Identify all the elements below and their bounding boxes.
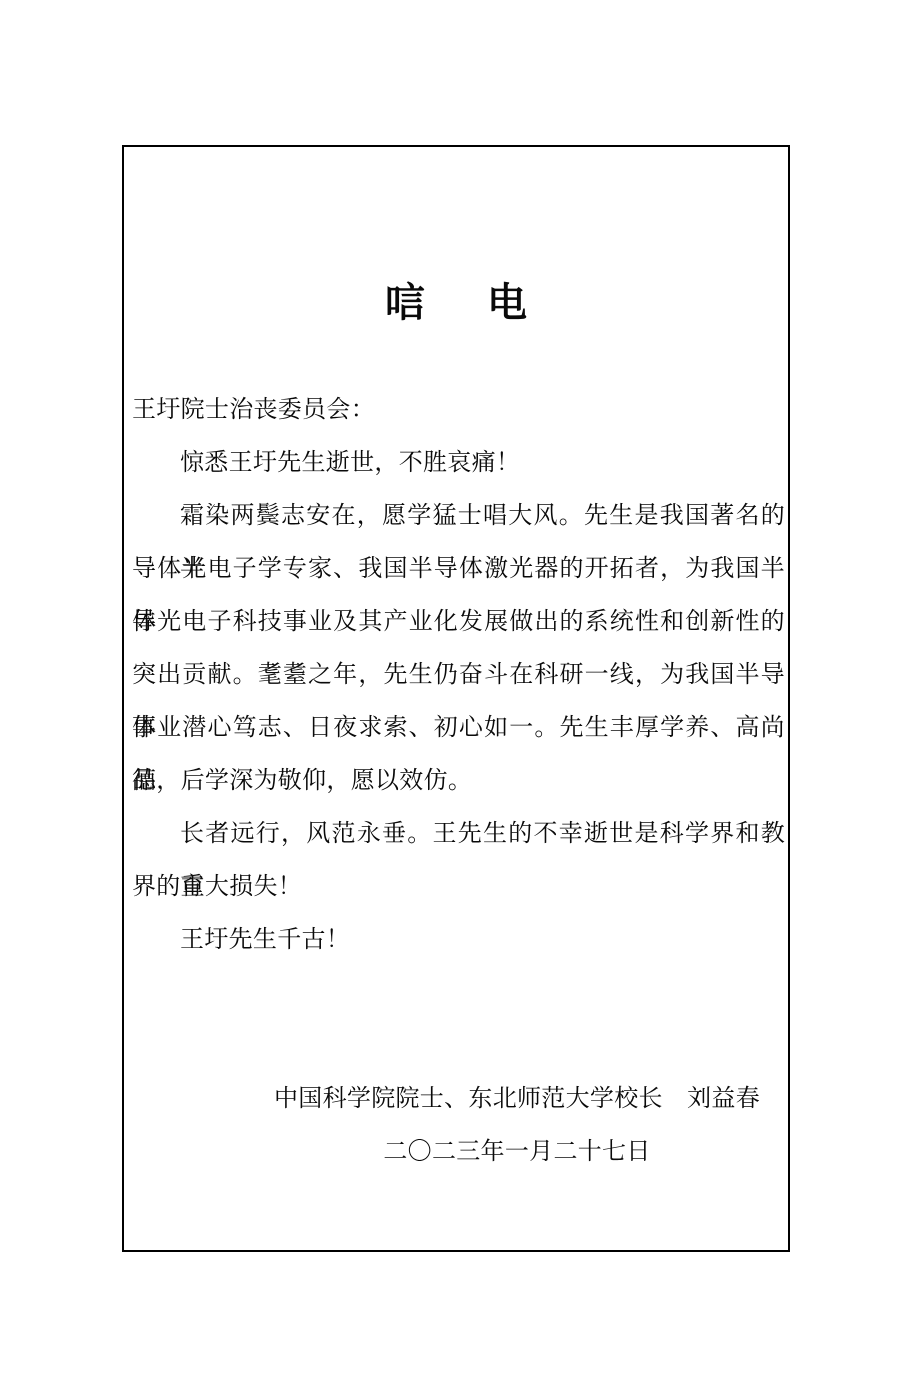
body-line: 导体光电子学专家、我国半导体激光器的开拓者，为我国半导 (132, 542, 785, 595)
signatory-line: 中国科学院院士、东北师范大学校长 刘益春 (274, 1072, 760, 1125)
title-char-1: 唁 (385, 281, 425, 325)
body-line-salutation: 王圩院士治丧委员会： (132, 383, 785, 436)
body-line: 事业潜心笃志、日夜求索、初心如一。先生丰厚学养、高尚品 (132, 701, 785, 754)
body-line: 霜染两鬓志安在，愿学猛士唱大风。先生是我国著名的半 (132, 489, 785, 542)
signature-date: 二〇二三年一月二十七日 (274, 1125, 760, 1178)
title-char-2: 电 (487, 281, 527, 325)
body-line: 长者远行，风范永垂。王先生的不幸逝世是科学界和教育 (132, 807, 785, 860)
body-line-tribute: 王圩先生千古！ (132, 913, 785, 966)
body-line: 界的重大损失！ (132, 860, 785, 913)
body-line: 惊悉王圩先生逝世，不胜哀痛！ (132, 436, 785, 489)
body-line: 体光电子科技事业及其产业化发展做出的系统性和创新性的 (132, 595, 785, 648)
document-border-frame: 唁 电 王圩院士治丧委员会： 惊悉王圩先生逝世，不胜哀痛！ 霜染两鬓志安在，愿学… (122, 145, 790, 1252)
signature-block: 中国科学院院士、东北师范大学校长 刘益春 二〇二三年一月二十七日 (274, 1072, 760, 1178)
document-body: 王圩院士治丧委员会： 惊悉王圩先生逝世，不胜哀痛！ 霜染两鬓志安在，愿学猛士唱大… (132, 383, 785, 966)
document-title: 唁 电 (124, 281, 788, 325)
body-line: 德，后学深为敬仰，愿以效仿。 (132, 754, 785, 807)
body-line: 突出贡献。耄耋之年，先生仍奋斗在科研一线，为我国半导体 (132, 648, 785, 701)
document-page: 唁 电 王圩院士治丧委员会： 惊悉王圩先生逝世，不胜哀痛！ 霜染两鬓志安在，愿学… (0, 0, 900, 1400)
